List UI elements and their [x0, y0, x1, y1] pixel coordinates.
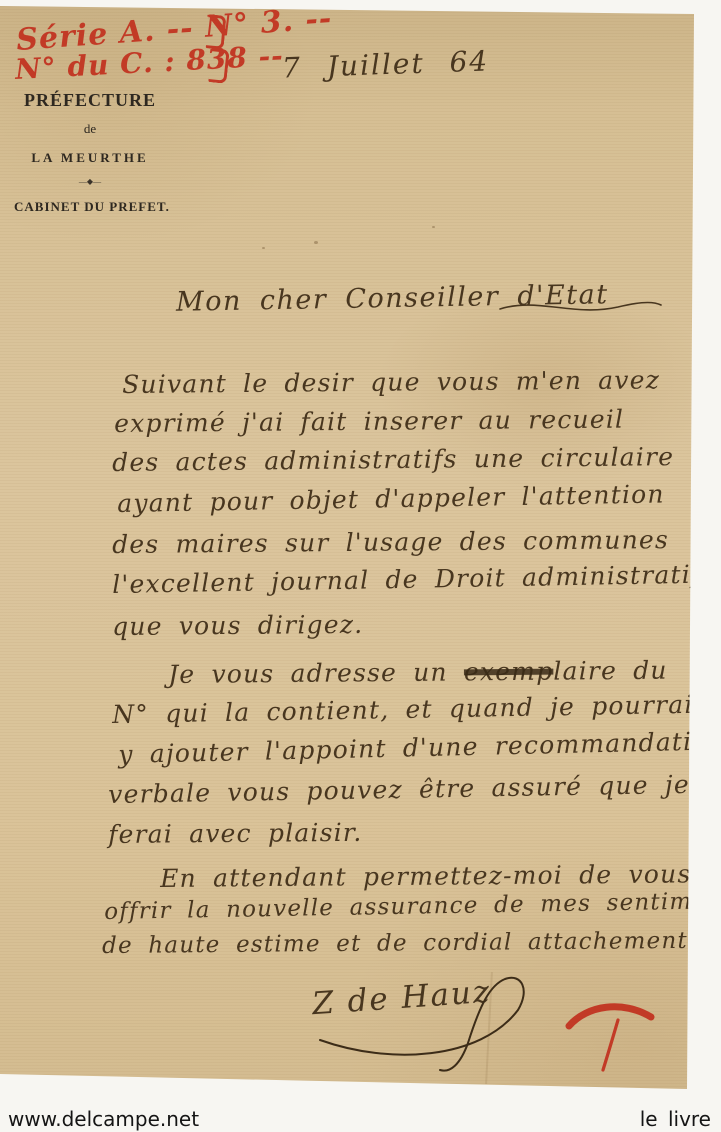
- red-bracket-icon: [208, 48, 229, 84]
- signature-flourish-icon: [300, 965, 540, 1075]
- ink-speck: [262, 247, 265, 249]
- flourish-icon: [498, 295, 663, 321]
- red-paraph-icon: [563, 992, 659, 1074]
- body-line: exprimé j'ai fait inserer au recueil: [114, 405, 624, 438]
- letter-paper-sheet: Série A. -- N° 3. -- N° du C. : 838 -- P…: [0, 0, 721, 1132]
- divider-ornament: —◆—: [14, 177, 166, 186]
- body-line: des maires sur l'usage des communes: [112, 525, 669, 559]
- body-line-with-strikeout: Je vous adresse un exemplaire du: [168, 656, 668, 689]
- body-line: verbale vous pouvez être assuré que je l…: [108, 769, 721, 809]
- body-line: ferai avec plaisir.: [108, 818, 363, 849]
- watermark-url: www.delcampe.net: [8, 1107, 199, 1131]
- ink-speck: [432, 226, 435, 228]
- letterhead-department: LA MEURTHE: [14, 150, 166, 166]
- body-line: ayant pour objet d'appeler l'attention: [117, 479, 665, 518]
- body-line: que vous dirigez.: [112, 610, 363, 641]
- letterhead-de: de: [14, 121, 166, 137]
- letter-date: 7 Juillet 64: [281, 44, 489, 84]
- watermark-seller-name: le livre: [640, 1107, 711, 1131]
- letterhead-office: CABINET DU PREFET.: [14, 199, 166, 215]
- body-text: laire du: [553, 656, 668, 686]
- body-line: Suivant le desir que vous m'en avez: [122, 365, 660, 399]
- body-line: de haute estime et de cordial attachemen…: [102, 928, 688, 959]
- letterhead: PRÉFECTURE de LA MEURTHE —◆— CABINET DU …: [14, 90, 166, 215]
- body-line: y ajouter l'appoint d'une recommandation: [118, 726, 721, 769]
- body-line: En attendant permettez-moi de vous: [160, 859, 692, 893]
- body-line: l'excellent journal de Droit administrat…: [112, 560, 702, 599]
- body-line: offrir la nouvelle assurance de mes sent…: [104, 888, 721, 925]
- body-line: N° qui la contient, et quand je pourrai: [112, 690, 694, 729]
- body-line: des actes administratifs une circulaire: [112, 442, 674, 477]
- ink-speck: [314, 241, 318, 244]
- body-text: Je vous adresse un: [168, 657, 464, 689]
- scratched-out-word: exemp: [464, 657, 554, 687]
- letterhead-prefecture: PRÉFECTURE: [14, 90, 166, 111]
